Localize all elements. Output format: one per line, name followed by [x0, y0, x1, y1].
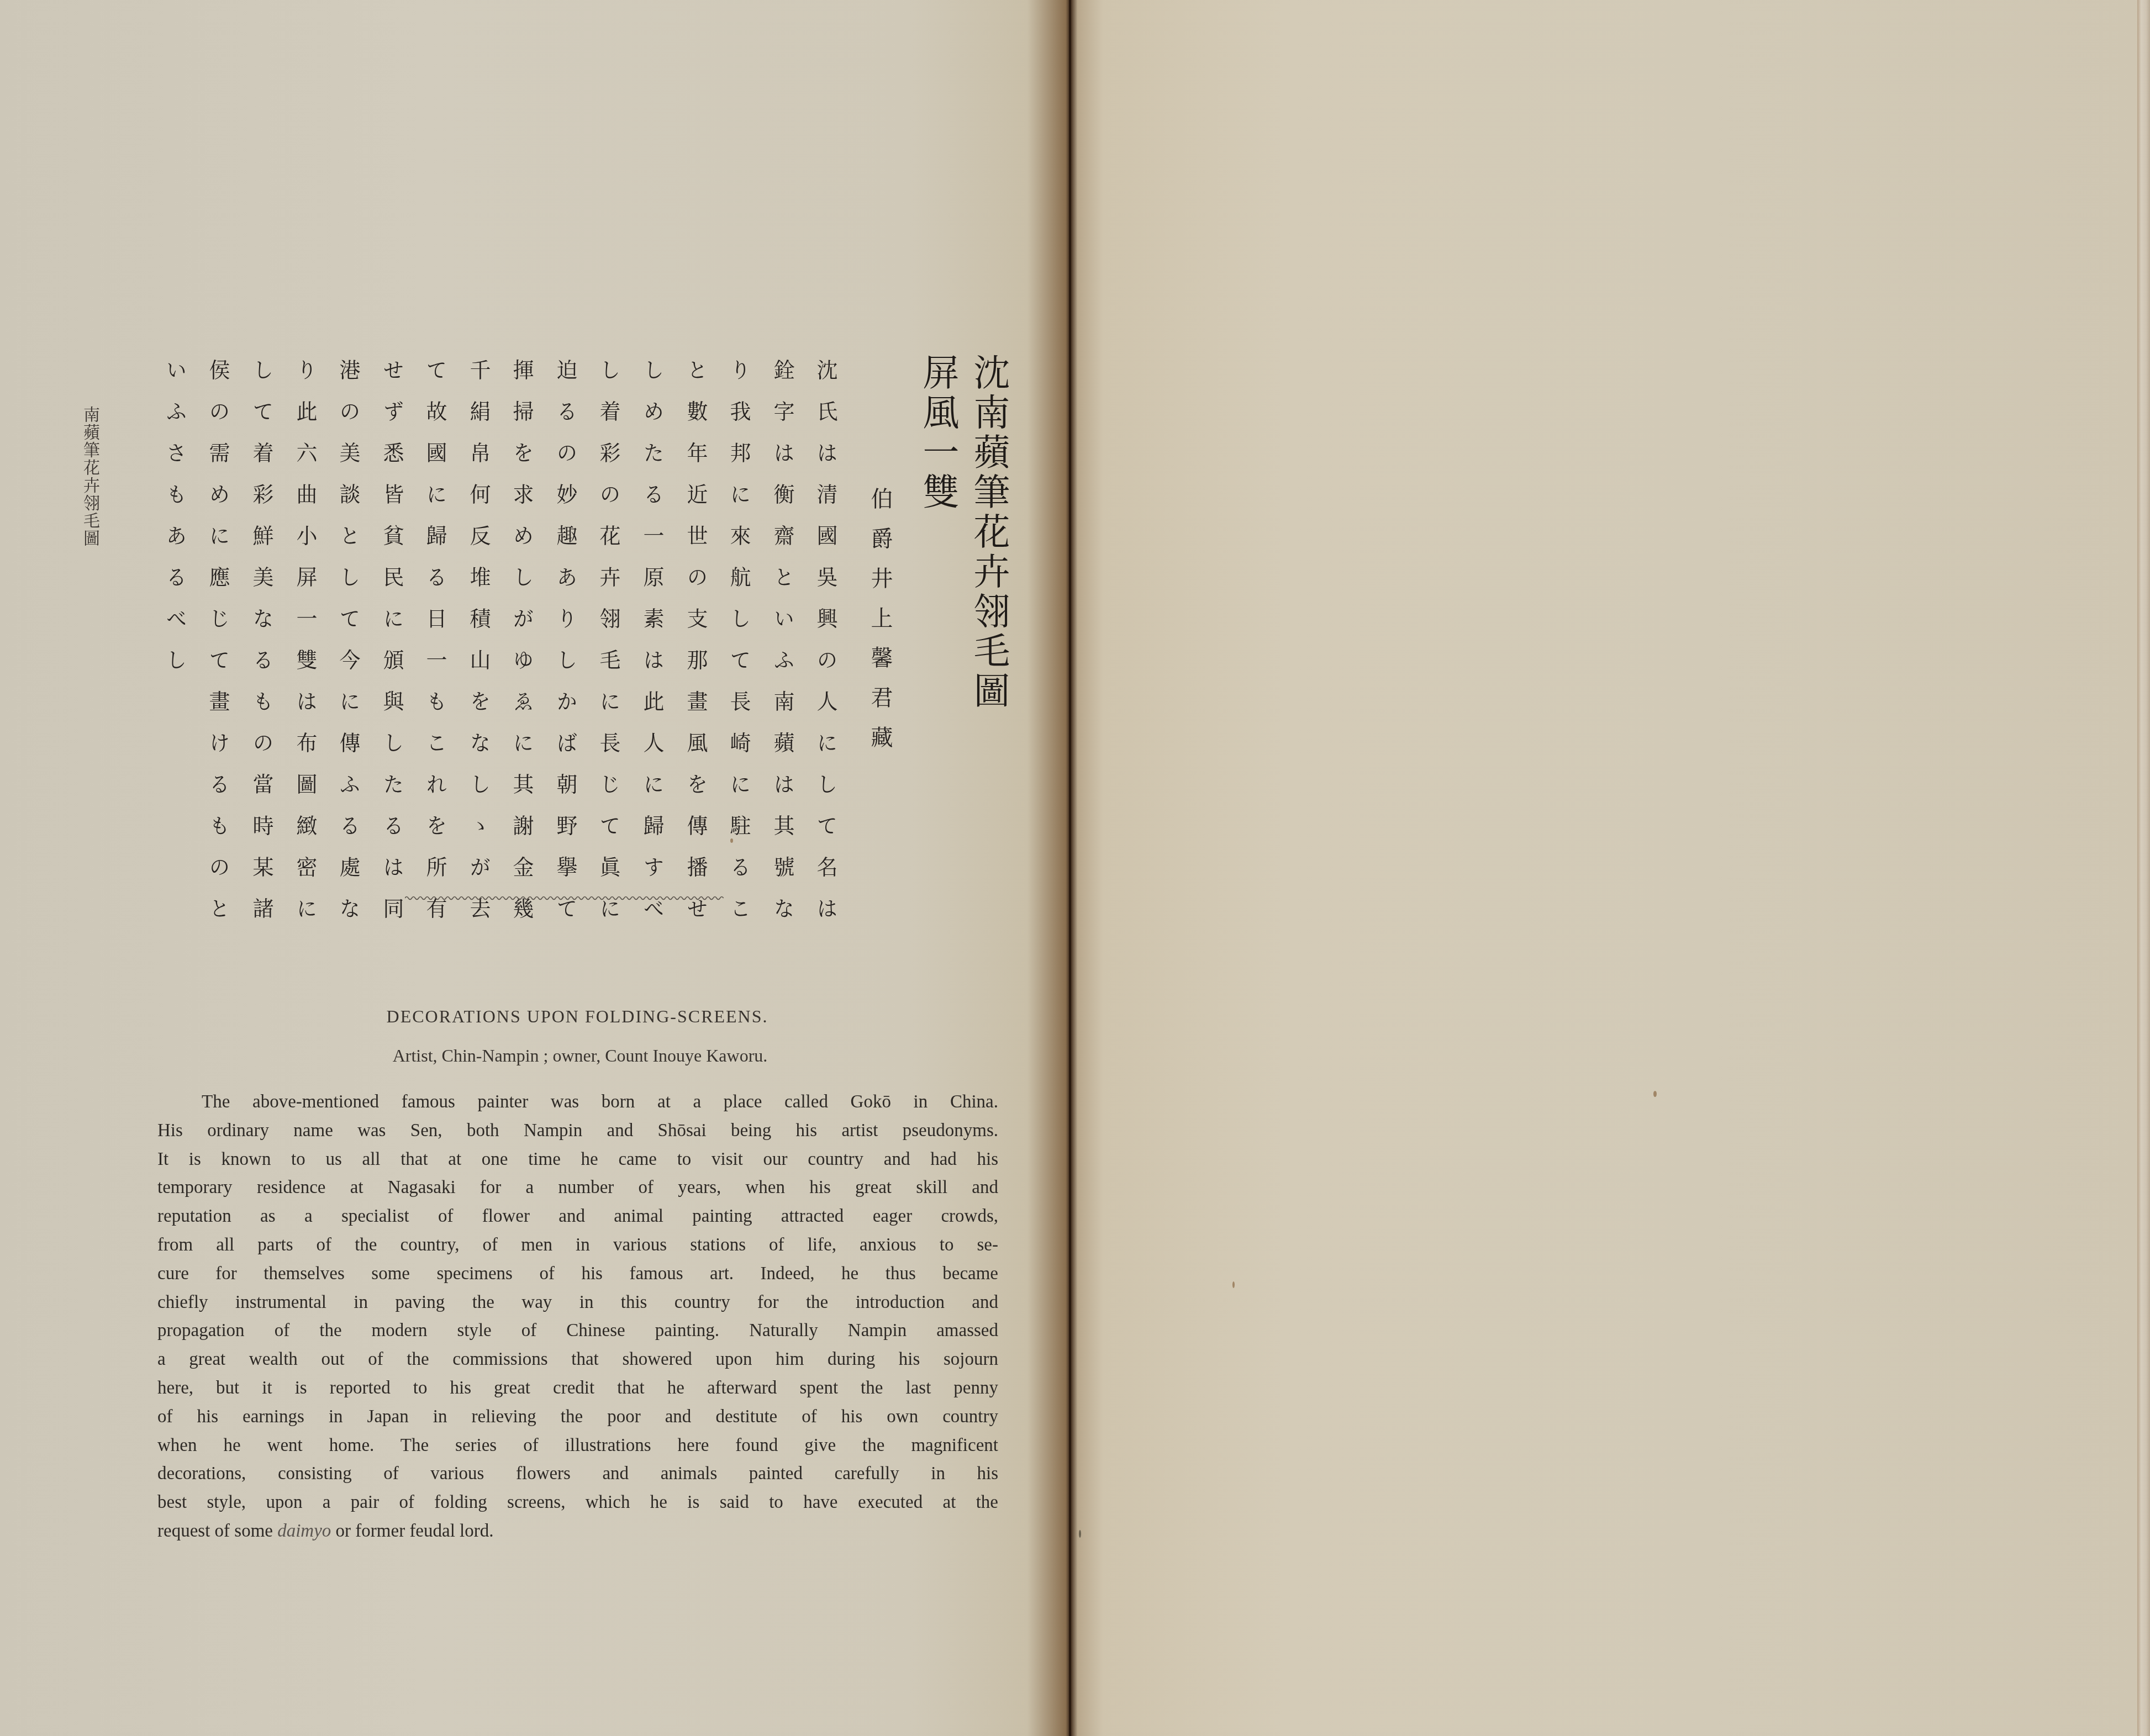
foxing-speck: [1232, 1281, 1235, 1288]
paragraph-line: The above-mentioned famous painter was b…: [157, 1088, 998, 1117]
foxing-speck: [1653, 1091, 1657, 1097]
text-column: 迫るの妙趣ありしかば朝野擧て: [550, 359, 581, 939]
paragraph-last-line: request of some daimyo or former feudal …: [157, 1517, 998, 1546]
text-fragment: request of some: [157, 1521, 277, 1541]
foxing-speck: [730, 838, 733, 843]
text-column: と數年近世の支那畫風を傳播せ: [681, 359, 711, 939]
english-heading: DECORATIONS UPON FOLDING-SCREENS.: [0, 1006, 1155, 1027]
italic-term: daimyo: [277, 1521, 331, 1541]
foxing-speck: [1079, 1530, 1081, 1538]
text-column: 銓字は衡齋といふ南蘋は其號な: [767, 359, 798, 939]
left-page: 南蘋筆花卉翎毛圖 沈南蘋筆花卉翎毛圖 屏風一雙 伯爵井上馨君藏 沈氏は清國吳興の…: [0, 0, 1070, 1736]
text-column: 侯の需めに應じて畫けるものと: [203, 359, 233, 939]
paragraph-line: It is known to us all that at one time h…: [157, 1146, 998, 1174]
text-column: 揮掃を求めしがゆゑに其謝金幾: [507, 359, 537, 939]
paragraph-line: His ordinary name was Sen, both Nampin a…: [157, 1117, 998, 1146]
paragraph-line: from all parts of the country, of men in…: [157, 1231, 998, 1260]
text-column: せず悉皆貧民に頒與したるは同: [377, 359, 407, 939]
text-column: 港の美談として今に傳ふる處な: [333, 359, 363, 939]
text-column: り我邦に來航して長崎に駐るこ: [724, 359, 754, 939]
running-title: 南蘋筆花卉翎毛圖: [77, 406, 102, 547]
paragraph-line: here, but it is reported to his great cr…: [157, 1374, 998, 1403]
paragraph-line: best style, upon a pair of folding scree…: [157, 1489, 998, 1517]
book-spread: 南蘋筆花卉翎毛圖 沈南蘋筆花卉翎毛圖 屏風一雙 伯爵井上馨君藏 沈氏は清國吳興の…: [0, 0, 2150, 1736]
paragraph-line: reputation as a specialist of flower and…: [157, 1202, 998, 1231]
paragraph-line: of his earnings in Japan in relieving th…: [157, 1403, 998, 1432]
text-column: り此六曲小屏一雙は布圖緻密に: [290, 359, 320, 939]
page-edge: [2137, 0, 2150, 1736]
english-byline: Artist, Chin-Nampin ; owner, Count Inouy…: [0, 1046, 1160, 1066]
page-title: 沈南蘋筆花卉翎毛圖: [962, 353, 1015, 711]
right-page-blank: [1071, 0, 2137, 1736]
text-column: し着彩の花卉翎毛に長じて眞に: [593, 359, 624, 939]
text-column: 千絹帛何反堆積山をなしゝが去: [463, 359, 494, 939]
paragraph-line: cure for themselves some specimens of hi…: [157, 1260, 998, 1289]
paragraph-line: chiefly instrumental in paving the way i…: [157, 1289, 998, 1317]
text-column: て故國に歸る日一もこれを所有: [420, 359, 450, 939]
english-paragraph: The above-mentioned famous painter was b…: [157, 1088, 998, 1546]
text-column: しめたる一原素は此人に歸すべ: [637, 359, 667, 939]
text-column: 沈氏は清國吳興の人にして名は: [810, 359, 841, 939]
paragraph-line: a great wealth out of the commissions th…: [157, 1345, 998, 1374]
owner-credit: 伯爵井上馨君藏: [865, 487, 896, 766]
wavy-separator: [405, 895, 747, 901]
text-fragment: or former feudal lord.: [331, 1521, 493, 1541]
text-column: いふさもあるべし: [160, 359, 190, 690]
paragraph-line: decorations, consisting of various flowe…: [157, 1460, 998, 1489]
text-column: して着彩鮮美なるもの當時某諸: [246, 359, 277, 939]
paragraph-line: temporary residence at Nagasaki for a nu…: [157, 1174, 998, 1202]
paragraph-line: propagation of the modern style of Chine…: [157, 1317, 998, 1345]
paragraph-line: when he went home. The series of illustr…: [157, 1432, 998, 1460]
page-subtitle: 屏風一雙: [911, 353, 964, 513]
